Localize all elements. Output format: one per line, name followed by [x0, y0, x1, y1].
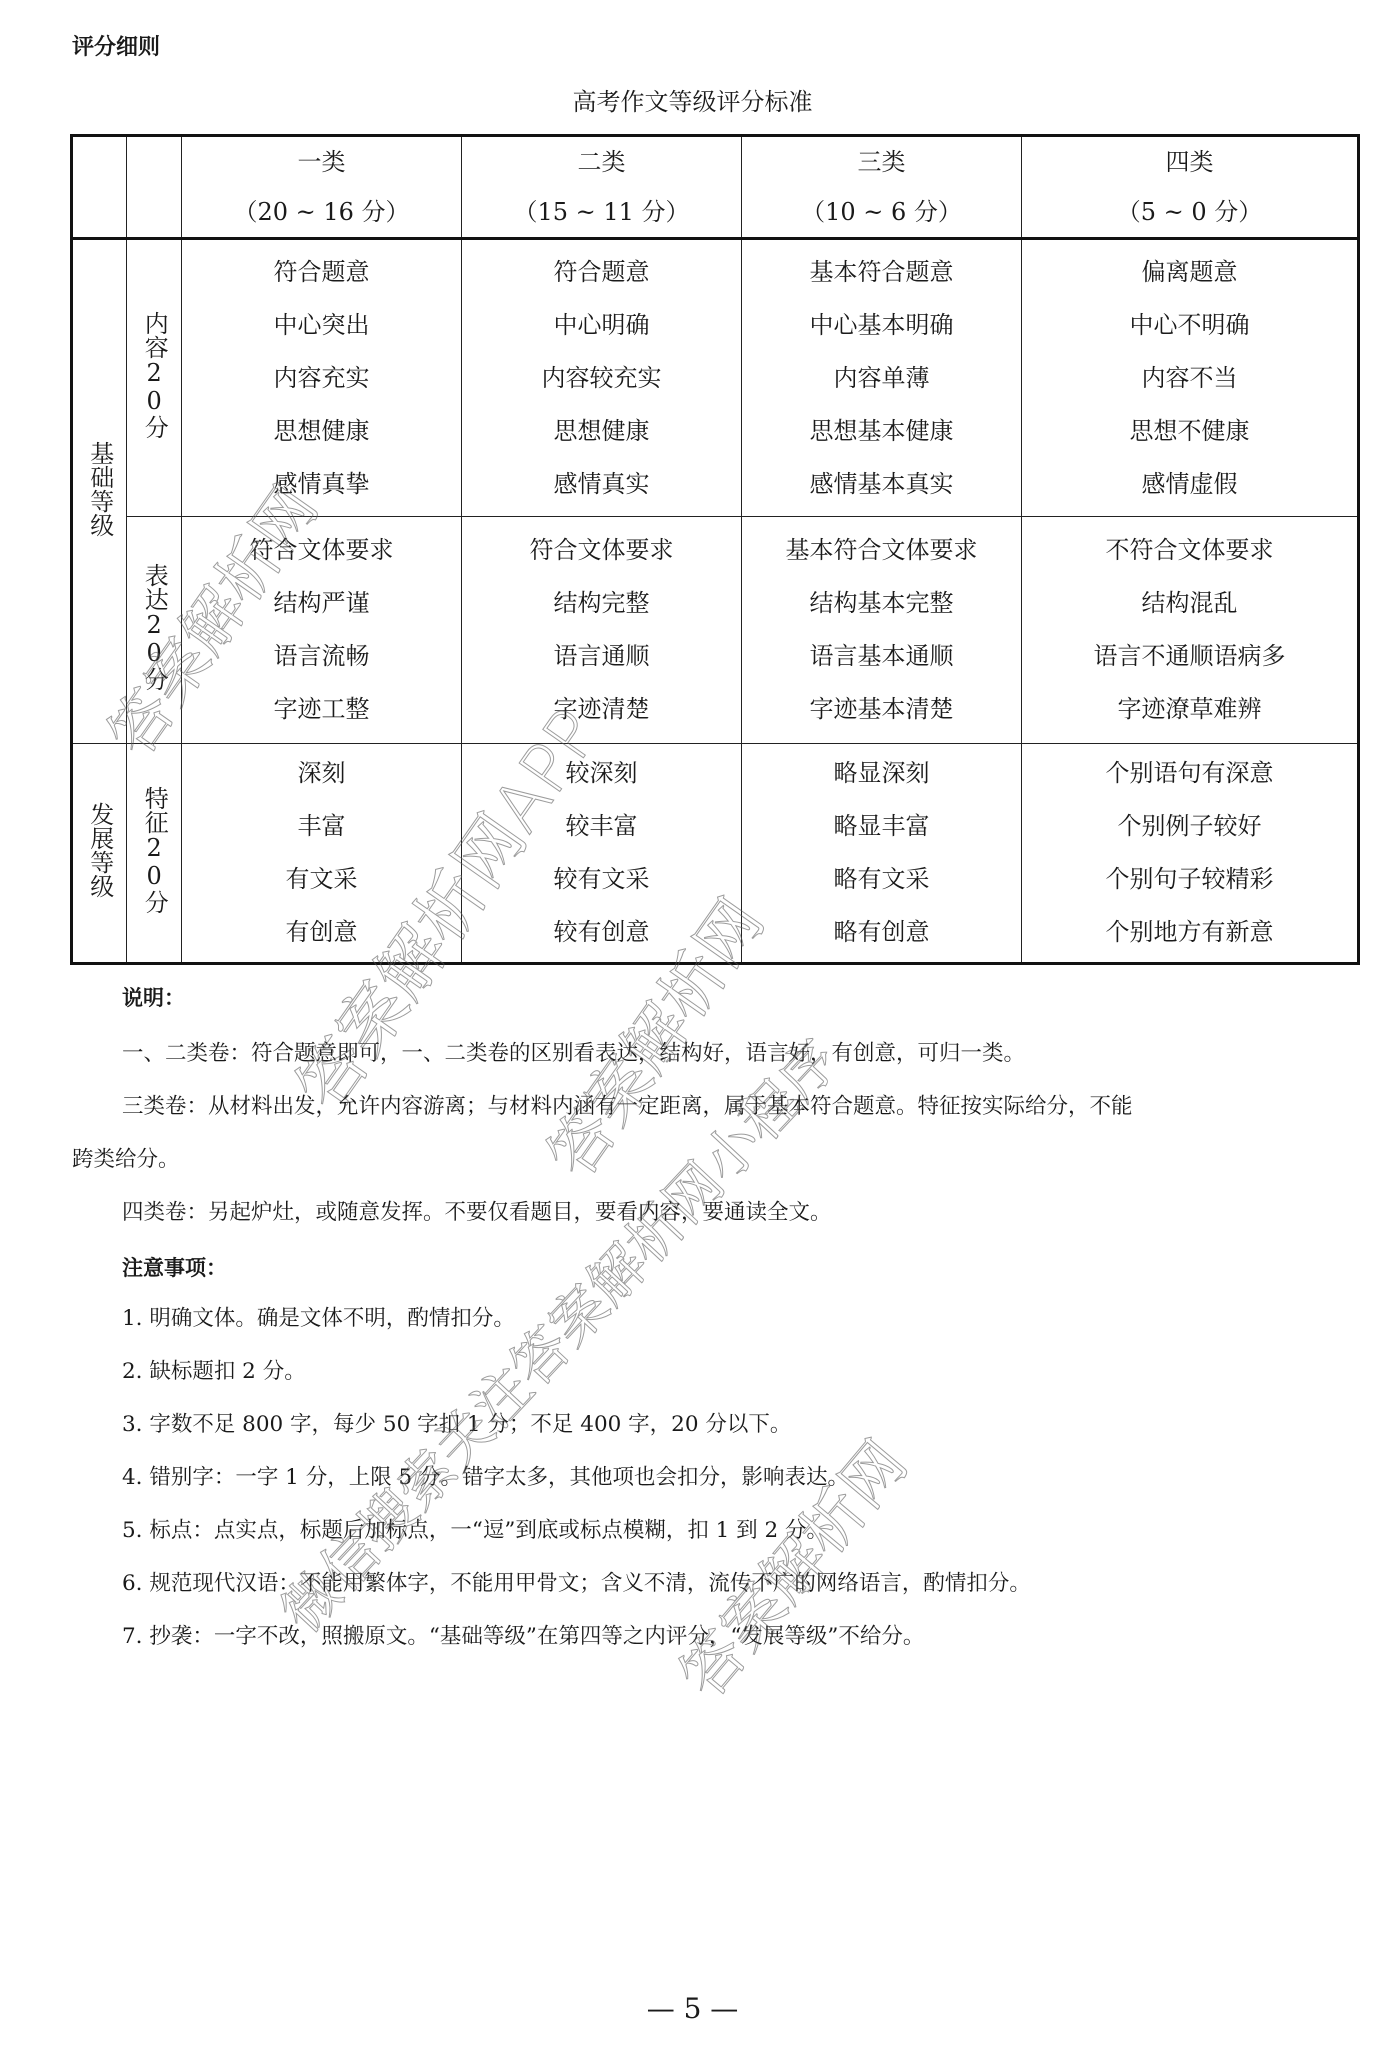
column-header-class-2: 二类 （15 ~ 11 分） — [462, 136, 742, 239]
cell: 深刻 丰富 有文采 有创意 — [182, 744, 462, 964]
criterion: 感情基本真实 — [742, 458, 1021, 511]
criterion: 结构完整 — [462, 577, 741, 630]
cell: 个别语句有深意 个别例子较好 个别句子较精彩 个别地方有新意 — [1022, 744, 1359, 964]
criterion: 思想不健康 — [1022, 405, 1357, 458]
cell: 基本符合文体要求 结构基本完整 语言基本通顺 字迹基本清楚 — [742, 517, 1022, 744]
criterion: 较有文采 — [462, 853, 741, 906]
notes-heading: 注意事项： — [122, 1252, 227, 1282]
page-number: — 5 — — [0, 1992, 1385, 2025]
cell: 基本符合题意 中心基本明确 内容单薄 思想基本健康 感情基本真实 — [742, 239, 1022, 517]
criterion: 个别地方有新意 — [1022, 906, 1357, 959]
explanation-paragraph: 三类卷：从材料出发，允许内容游离；与材料内涵有一定距离，属于基本符合题意。特征按… — [122, 1093, 1133, 1121]
sub-label-text: 表达20分 — [141, 563, 167, 691]
criterion: 中心基本明确 — [742, 299, 1021, 352]
criterion: 符合题意 — [182, 246, 461, 299]
criterion: 感情真挚 — [182, 458, 461, 511]
criterion: 字迹工整 — [182, 683, 461, 736]
cell: 略显深刻 略显丰富 略有文采 略有创意 — [742, 744, 1022, 964]
note-item: 2. 缺标题扣 2 分。 — [122, 1358, 306, 1386]
criterion: 中心突出 — [182, 299, 461, 352]
criterion: 深刻 — [182, 747, 461, 800]
criterion: 略有创意 — [742, 906, 1021, 959]
column-name: 二类 — [462, 137, 741, 187]
criterion: 字迹基本清楚 — [742, 683, 1021, 736]
criterion: 语言通顺 — [462, 630, 741, 683]
column-name: 三类 — [742, 137, 1021, 187]
note-item: 5. 标点：点实点，标题后加标点，一“逗”到底或标点模糊，扣 1 到 2 分。 — [122, 1517, 828, 1545]
criterion: 个别句子较精彩 — [1022, 853, 1357, 906]
note-item: 7. 抄袭：一字不改，照搬原文。“基础等级”在第四等之内评分，“发展等级”不给分… — [122, 1623, 924, 1651]
criterion: 有创意 — [182, 906, 461, 959]
note-item: 4. 错别字：一字 1 分，上限 5 分。错字太多，其他项也会扣分，影响表达。 — [122, 1464, 849, 1492]
criterion: 感情虚假 — [1022, 458, 1357, 511]
group-label-text: 基础等级 — [86, 441, 112, 537]
cell: 符合文体要求 结构完整 语言通顺 字迹清楚 — [462, 517, 742, 744]
table-row-features: 发展等级 特征20分 深刻 丰富 有文采 有创意 较深刻 较丰富 较有文采 较有… — [72, 744, 1359, 964]
criterion: 略显深刻 — [742, 747, 1021, 800]
criterion: 语言不通顺语病多 — [1022, 630, 1357, 683]
criterion: 符合文体要求 — [462, 524, 741, 577]
column-range: （10 ~ 6 分） — [742, 187, 1021, 237]
criterion: 有文采 — [182, 853, 461, 906]
criterion: 中心不明确 — [1022, 299, 1357, 352]
group-label-text: 发展等级 — [86, 802, 112, 898]
explanation-paragraph-continued: 跨类给分。 — [72, 1146, 180, 1174]
cell: 符合题意 中心突出 内容充实 思想健康 感情真挚 — [182, 239, 462, 517]
criterion: 符合文体要求 — [182, 524, 461, 577]
cell: 较深刻 较丰富 较有文采 较有创意 — [462, 744, 742, 964]
column-range: （15 ~ 11 分） — [462, 187, 741, 237]
criterion: 符合题意 — [462, 246, 741, 299]
column-range: （20 ~ 16 分） — [182, 187, 461, 237]
criterion: 字迹潦草难辨 — [1022, 683, 1357, 736]
column-name: 一类 — [182, 137, 461, 187]
watermark: 答案解析网 — [656, 1418, 923, 1713]
criterion: 个别语句有深意 — [1022, 747, 1357, 800]
criterion: 基本符合题意 — [742, 246, 1021, 299]
sub-label-text: 内容20分 — [141, 311, 167, 439]
section-title: 评分细则 — [72, 30, 160, 61]
cell: 符合题意 中心明确 内容较充实 思想健康 感情真实 — [462, 239, 742, 517]
table-row-content: 基础等级 内容20分 符合题意 中心突出 内容充实 思想健康 感情真挚 符合题意… — [72, 239, 1359, 517]
note-item: 3. 字数不足 800 字，每少 50 字扣 1 分；不足 400 字，20 分… — [122, 1411, 791, 1439]
explanation-heading: 说明： — [122, 982, 185, 1012]
criterion: 语言基本通顺 — [742, 630, 1021, 683]
cell: 不符合文体要求 结构混乱 语言不通顺语病多 字迹潦草难辨 — [1022, 517, 1359, 744]
criterion: 字迹清楚 — [462, 683, 741, 736]
note-item: 6. 规范现代汉语：不能用繁体字，不能用甲骨文；含义不清，流传不广的网络语言，酌… — [122, 1570, 1031, 1598]
column-header-class-1: 一类 （20 ~ 16 分） — [182, 136, 462, 239]
criterion: 结构混乱 — [1022, 577, 1357, 630]
criterion: 较有创意 — [462, 906, 741, 959]
group-label-development: 发展等级 — [72, 744, 127, 964]
criterion: 丰富 — [182, 800, 461, 853]
criterion: 内容单薄 — [742, 352, 1021, 405]
criterion: 结构严谨 — [182, 577, 461, 630]
group-label-basic: 基础等级 — [72, 239, 127, 744]
table-title: 高考作文等级评分标准 — [0, 82, 1385, 117]
criterion: 思想健康 — [462, 405, 741, 458]
criterion: 语言流畅 — [182, 630, 461, 683]
table-row-expression: 表达20分 符合文体要求 结构严谨 语言流畅 字迹工整 符合文体要求 结构完整 … — [72, 517, 1359, 744]
criterion: 结构基本完整 — [742, 577, 1021, 630]
empty-header-cell — [127, 136, 182, 239]
cell: 符合文体要求 结构严谨 语言流畅 字迹工整 — [182, 517, 462, 744]
criterion: 略显丰富 — [742, 800, 1021, 853]
criterion: 偏离题意 — [1022, 246, 1357, 299]
criterion: 内容不当 — [1022, 352, 1357, 405]
criterion: 较丰富 — [462, 800, 741, 853]
sub-label-text: 特征20分 — [141, 786, 167, 914]
sub-label-content: 内容20分 — [127, 239, 182, 517]
note-item: 1. 明确文体。确是文体不明，酌情扣分。 — [122, 1305, 515, 1333]
explanation-paragraph: 四类卷：另起炉灶，或随意发挥。不要仅看题目，要看内容，要通读全文。 — [122, 1199, 832, 1227]
cell: 偏离题意 中心不明确 内容不当 思想不健康 感情虚假 — [1022, 239, 1359, 517]
criterion: 内容较充实 — [462, 352, 741, 405]
empty-header-cell — [72, 136, 127, 239]
grading-table: 一类 （20 ~ 16 分） 二类 （15 ~ 11 分） 三类 （10 ~ 6… — [70, 134, 1360, 965]
sub-label-expression: 表达20分 — [127, 517, 182, 744]
criterion: 内容充实 — [182, 352, 461, 405]
criterion: 思想基本健康 — [742, 405, 1021, 458]
criterion: 不符合文体要求 — [1022, 524, 1357, 577]
criterion: 略有文采 — [742, 853, 1021, 906]
column-name: 四类 — [1022, 137, 1357, 187]
criterion: 感情真实 — [462, 458, 741, 511]
explanation-paragraph: 一、二类卷：符合题意即可，一、二类卷的区别看表达，结构好，语言好，有创意，可归一… — [122, 1040, 1025, 1068]
sub-label-features: 特征20分 — [127, 744, 182, 964]
criterion: 基本符合文体要求 — [742, 524, 1021, 577]
criterion: 中心明确 — [462, 299, 741, 352]
table-header-row: 一类 （20 ~ 16 分） 二类 （15 ~ 11 分） 三类 （10 ~ 6… — [72, 136, 1359, 239]
criterion: 思想健康 — [182, 405, 461, 458]
criterion: 个别例子较好 — [1022, 800, 1357, 853]
column-range: （5 ~ 0 分） — [1022, 187, 1357, 237]
criterion: 较深刻 — [462, 747, 741, 800]
column-header-class-4: 四类 （5 ~ 0 分） — [1022, 136, 1359, 239]
column-header-class-3: 三类 （10 ~ 6 分） — [742, 136, 1022, 239]
